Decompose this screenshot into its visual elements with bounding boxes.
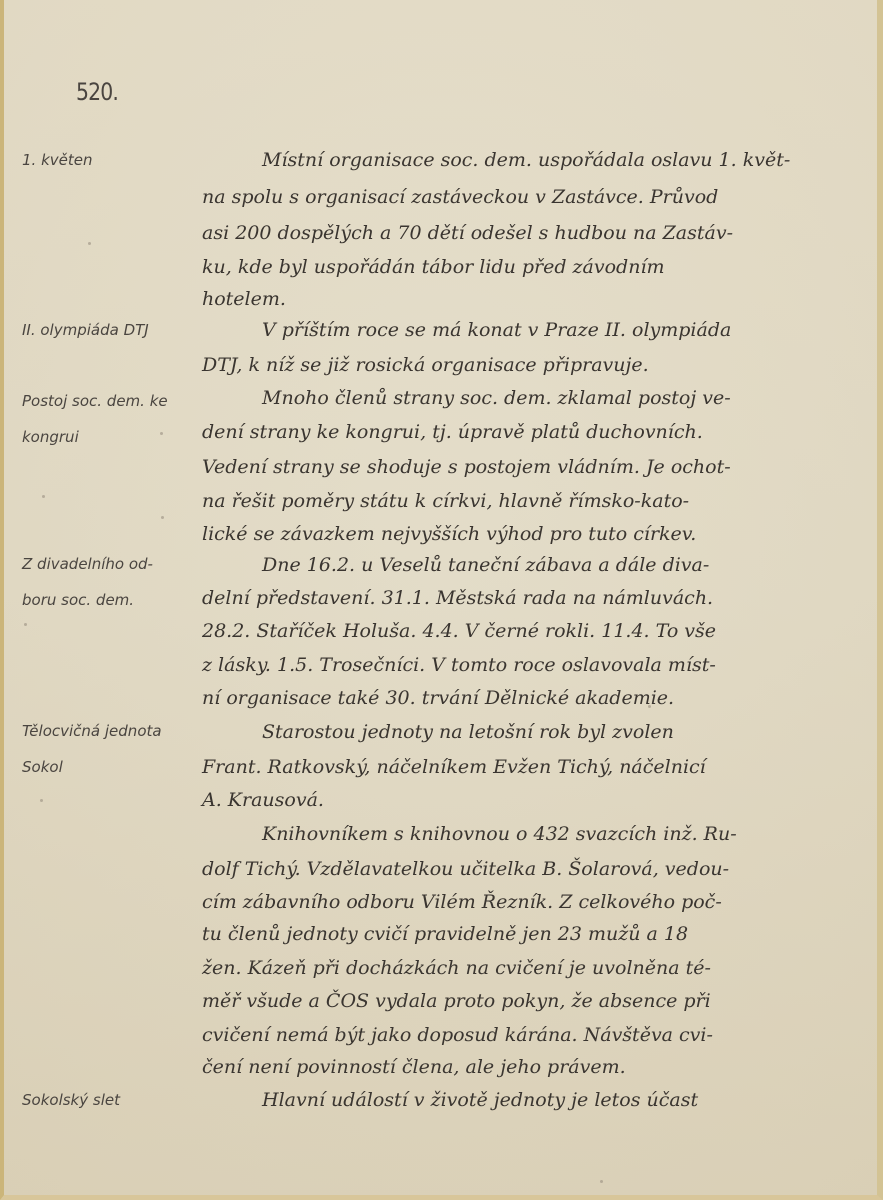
paper-speck <box>160 432 163 435</box>
margin-note-sokol-slet: Sokolský slet <box>22 1082 202 1118</box>
paper-speck <box>161 516 164 519</box>
margin-note-sokol: Tělocvičná jednota Sokol <box>22 713 202 785</box>
text-line: ku, kde byl uspořádán tábor lidu před zá… <box>202 255 665 279</box>
margin-note-congrua: Postoj soc. dem. ke kongrui <box>22 383 202 455</box>
text-line: 28.2. Staříček Holuša. 4.4. V černé rokl… <box>202 619 716 643</box>
text-line: Starostou jednoty na letošní rok byl zvo… <box>262 720 674 744</box>
paper-speck <box>24 623 27 626</box>
paper-speck <box>648 705 651 708</box>
text-line: asi 200 dospělých a 70 dětí odešel s hud… <box>202 221 733 245</box>
manuscript-page: 520. 1. květen Místní organisace soc. de… <box>0 0 883 1200</box>
text-line: Dne 16.2. u Veselů taneční zábava a dále… <box>262 553 709 577</box>
text-line: cvičení nemá být jako doposud kárána. Ná… <box>202 1023 713 1047</box>
text-line: dení strany ke kongrui, tj. úpravě platů… <box>202 420 703 444</box>
text-line: Mnoho členů strany soc. dem. zklamal pos… <box>262 386 731 410</box>
paper-speck <box>40 799 43 802</box>
text-line: V příštím roce se má konat v Praze II. o… <box>262 318 731 342</box>
text-line: hotelem. <box>202 287 286 311</box>
text-line: na spolu s organisací zastáveckou v Zast… <box>202 185 718 209</box>
text-line: lické se závazkem nejvyšších výhod pro t… <box>202 522 696 546</box>
text-line: Místní organisace soc. dem. uspořádala o… <box>262 148 790 172</box>
text-line: delní představení. 31.1. Městská rada na… <box>202 586 713 610</box>
paper-speck <box>88 242 91 245</box>
text-line: tu členů jednoty cvičí pravidelně jen 23… <box>202 922 688 946</box>
text-line: na řešit poměry státu k církvi, hlavně ř… <box>202 489 689 513</box>
margin-note-olympiad: II. olympiáda DTJ <box>22 312 202 348</box>
text-line: z lásky. 1.5. Trosečníci. V tomto roce o… <box>202 653 716 677</box>
text-line: Vedení strany se shoduje s postojem vlád… <box>202 455 731 479</box>
text-line: A. Krausová. <box>202 788 324 812</box>
text-line: žen. Kázeň při docházkách na cvičení je … <box>202 956 711 980</box>
margin-note-theatre: Z divadelního od- boru soc. dem. <box>22 546 202 618</box>
text-line: Hlavní událostí v životě jednoty je leto… <box>262 1088 698 1112</box>
paper-speck <box>42 495 45 498</box>
paper-speck <box>600 1180 603 1183</box>
text-line: Frant. Ratkovský, náčelníkem Evžen Tichý… <box>202 755 706 779</box>
text-line: cím zábavního odboru Vilém Řezník. Z cel… <box>202 890 722 914</box>
text-line: DTJ, k níž se již rosická organisace při… <box>202 353 649 377</box>
text-line: ní organisace také 30. trvání Dělnické a… <box>202 686 674 710</box>
page-number: 520. <box>76 78 118 106</box>
text-line: měř všude a ČOS vydala proto pokyn, že a… <box>202 989 711 1013</box>
text-line: čení není povinností člena, ale jeho prá… <box>202 1055 626 1079</box>
text-line: Knihovníkem s knihovnou o 432 svazcích i… <box>262 822 737 846</box>
margin-note-may-day: 1. květen <box>22 142 202 178</box>
text-line: dolf Tichý. Vzdělavatelkou učitelka B. Š… <box>202 857 729 881</box>
